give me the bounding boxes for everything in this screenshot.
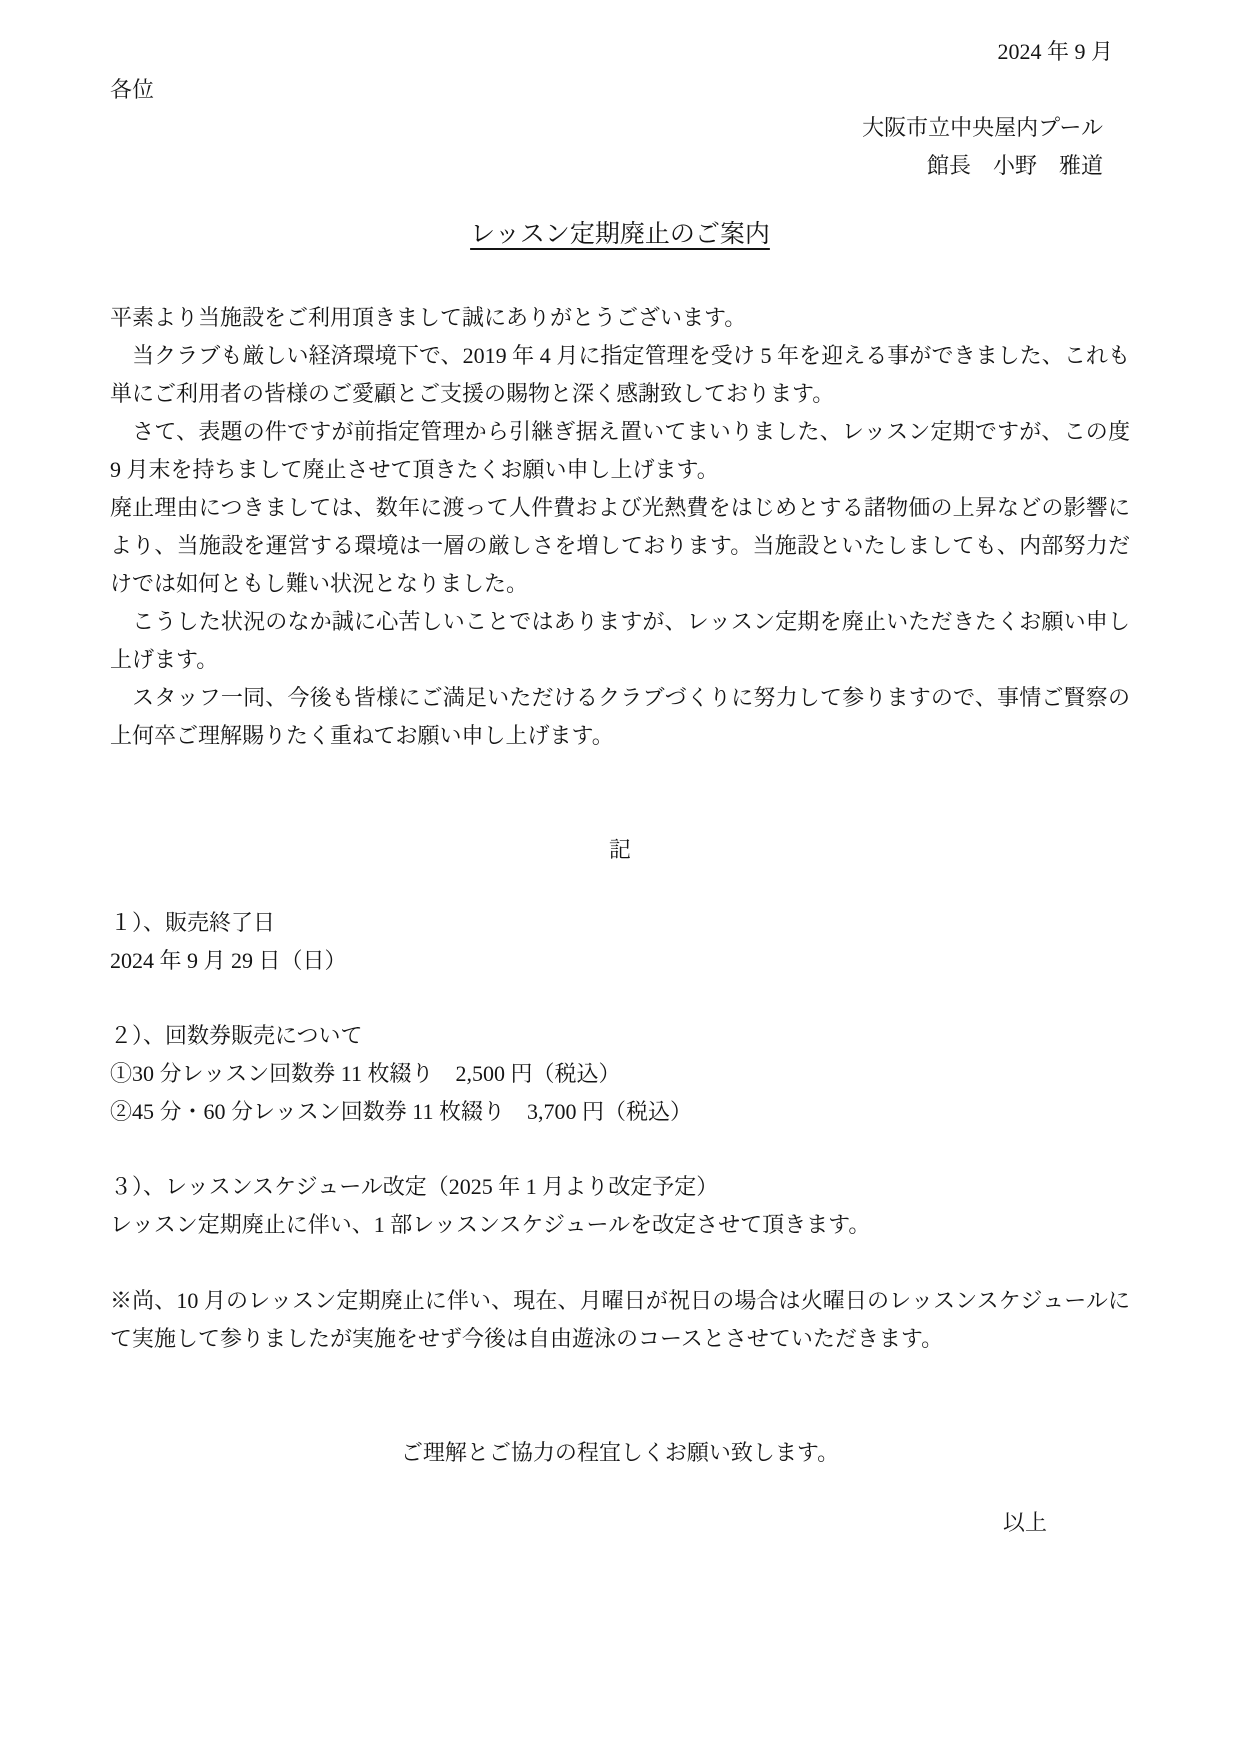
document-title-line: レッスン定期廃止のご案内	[110, 215, 1130, 255]
section-2-line-1: ①30 分レッスン回数券 11 枚綴り 2,500 円（税込）	[110, 1055, 1130, 1093]
sender-organization: 大阪市立中央屋内プール	[110, 109, 1103, 147]
document-date: 2024 年 9 月	[110, 33, 1130, 71]
sender-person: 館長 小野 雅道	[110, 147, 1103, 185]
recipient-label: 各位	[110, 71, 1130, 109]
section-schedule-revision: ３）、レッスンスケジュール改定（2025 年 1 月より改定予定） レッスン定期…	[110, 1168, 1130, 1244]
section-1-line: 2024 年 9 月 29 日（日）	[110, 942, 1130, 980]
sender-block: 大阪市立中央屋内プール 館長 小野 雅道	[110, 109, 1130, 185]
note-holiday-schedule: ※尚、10 月のレッスン定期廃止に伴い、現在、月曜日が祝日の場合は火曜日のレッス…	[110, 1282, 1130, 1358]
paragraph-abolition-announcement: さて、表題の件ですが前指定管理から引継ぎ据え置いてまいりました、レッスン定期です…	[110, 413, 1130, 489]
section-3-line: レッスン定期廃止に伴い、1 部レッスンスケジュールを改定させて頂きます。	[110, 1206, 1130, 1244]
section-sales-end-date: １）、販売終了日 2024 年 9 月 29 日（日）	[110, 904, 1130, 980]
paragraph-apology-request: こうした状況のなか誠に心苦しいことではありますが、レッスン定期を廃止いただきたく…	[110, 603, 1130, 679]
document-page: 2024 年 9 月 各位 大阪市立中央屋内プール 館長 小野 雅道 レッスン定…	[0, 0, 1241, 1755]
section-2-line-2: ②45 分・60 分レッスン回数券 11 枚綴り 3,700 円（税込）	[110, 1093, 1130, 1131]
paragraph-club-history: 当クラブも厳しい経済環境下で、2019 年 4 月に指定管理を受け 5 年を迎え…	[110, 337, 1130, 413]
document-title: レッスン定期廃止のご案内	[470, 221, 770, 248]
section-1-heading: １）、販売終了日	[110, 904, 1130, 942]
paragraph-greeting: 平素より当施設をご利用頂きまして誠にありがとうございます。	[110, 299, 1130, 337]
paragraph-abolition-reason: 廃止理由につきましては、数年に渡って人件費および光熱費をはじめとする諸物価の上昇…	[110, 489, 1130, 603]
body-text: 平素より当施設をご利用頂きまして誠にありがとうございます。 当クラブも厳しい経済…	[110, 299, 1130, 755]
closing-ijou: 以上	[110, 1504, 1130, 1542]
closing-request: ご理解とご協力の程宜しくお願い致します。	[110, 1434, 1130, 1472]
section-3-heading: ３）、レッスンスケジュール改定（2025 年 1 月より改定予定）	[110, 1168, 1130, 1206]
ki-marker: 記	[110, 831, 1130, 869]
section-2-heading: ２）、回数券販売について	[110, 1017, 1130, 1055]
paragraph-staff-commitment: スタッフ一同、今後も皆様にご満足いただけるクラブづくりに努力して参りますので、事…	[110, 679, 1130, 755]
section-ticket-sales: ２）、回数券販売について ①30 分レッスン回数券 11 枚綴り 2,500 円…	[110, 1017, 1130, 1131]
